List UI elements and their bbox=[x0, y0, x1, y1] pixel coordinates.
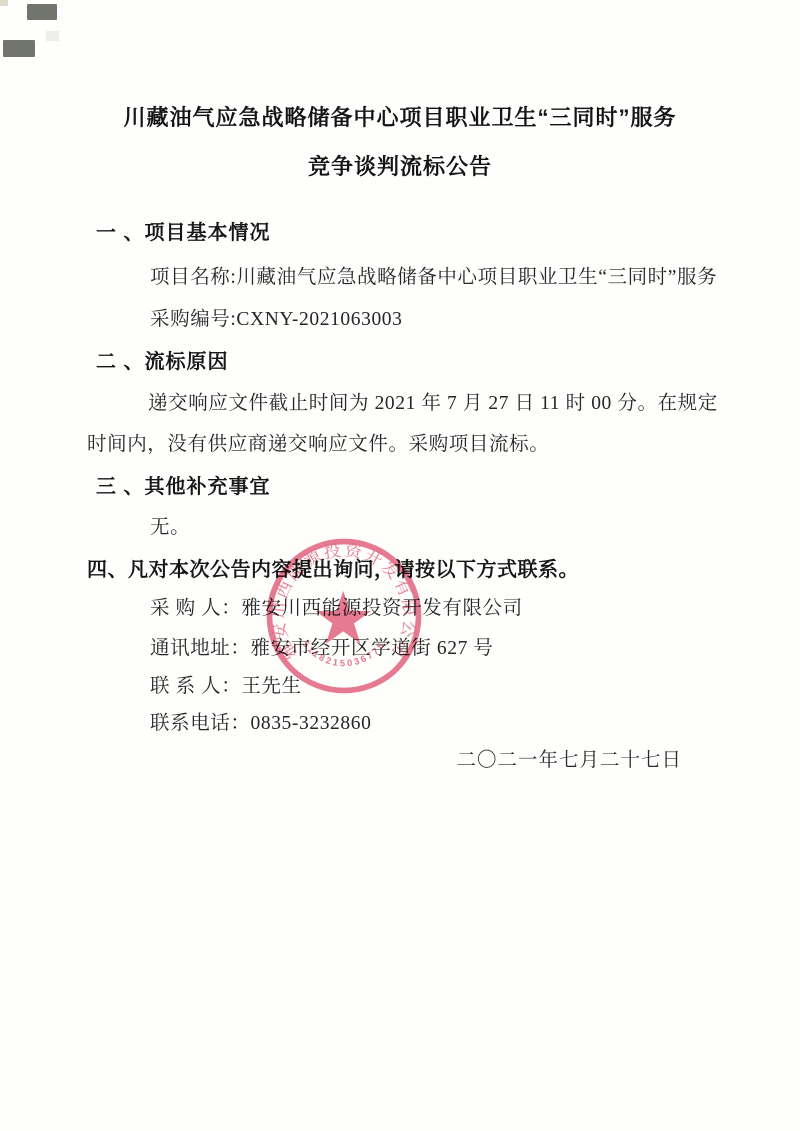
section-1-heading: 一 、项目基本情况 bbox=[96, 216, 271, 245]
svg-text:5118215036775: 5118215036775 bbox=[301, 639, 388, 668]
section-3-content: 无。 bbox=[150, 511, 190, 539]
section-3-heading: 三 、其他补充事宜 bbox=[96, 470, 271, 499]
scan-artifact-corner bbox=[0, 0, 8, 6]
scan-artifact-mark-1 bbox=[27, 4, 57, 20]
document-title-line-1: 川藏油气应急战略储备中心项目职业卫生“三同时”服务 bbox=[0, 101, 800, 132]
document-page: 川藏油气应急战略储备中心项目职业卫生“三同时”服务 竞争谈判流标公告 一 、项目… bbox=[0, 0, 800, 1131]
seal-star-icon bbox=[315, 591, 370, 644]
company-seal-stamp: 雅安川西能源投资开发有限公司 5118215036775 bbox=[262, 535, 426, 697]
document-title-line-2: 竞争谈判流标公告 bbox=[0, 150, 800, 181]
procurement-number-line: 采购编号:CXNY-2021063003 bbox=[150, 303, 403, 331]
scan-artifact-smudge bbox=[46, 31, 59, 41]
scan-artifact-mark-2 bbox=[3, 40, 35, 57]
project-name-line: 项目名称:川藏油气应急战略储备中心项目职业卫生“三同时”服务 bbox=[150, 261, 717, 289]
section-2-heading: 二 、流标原因 bbox=[96, 345, 229, 374]
failure-reason-line-2: 时间内，没有供应商递交响应文件。采购项目流标。 bbox=[87, 428, 549, 456]
document-date: 二〇二一年七月二十七日 bbox=[456, 744, 682, 772]
seal-serial-number: 5118215036775 bbox=[301, 639, 388, 668]
failure-reason-line-1: 递交响应文件截止时间为 2021 年 7 月 27 日 11 时 00 分。在规… bbox=[148, 387, 718, 415]
phone-line: 联系电话：0835-3232860 bbox=[150, 707, 371, 735]
